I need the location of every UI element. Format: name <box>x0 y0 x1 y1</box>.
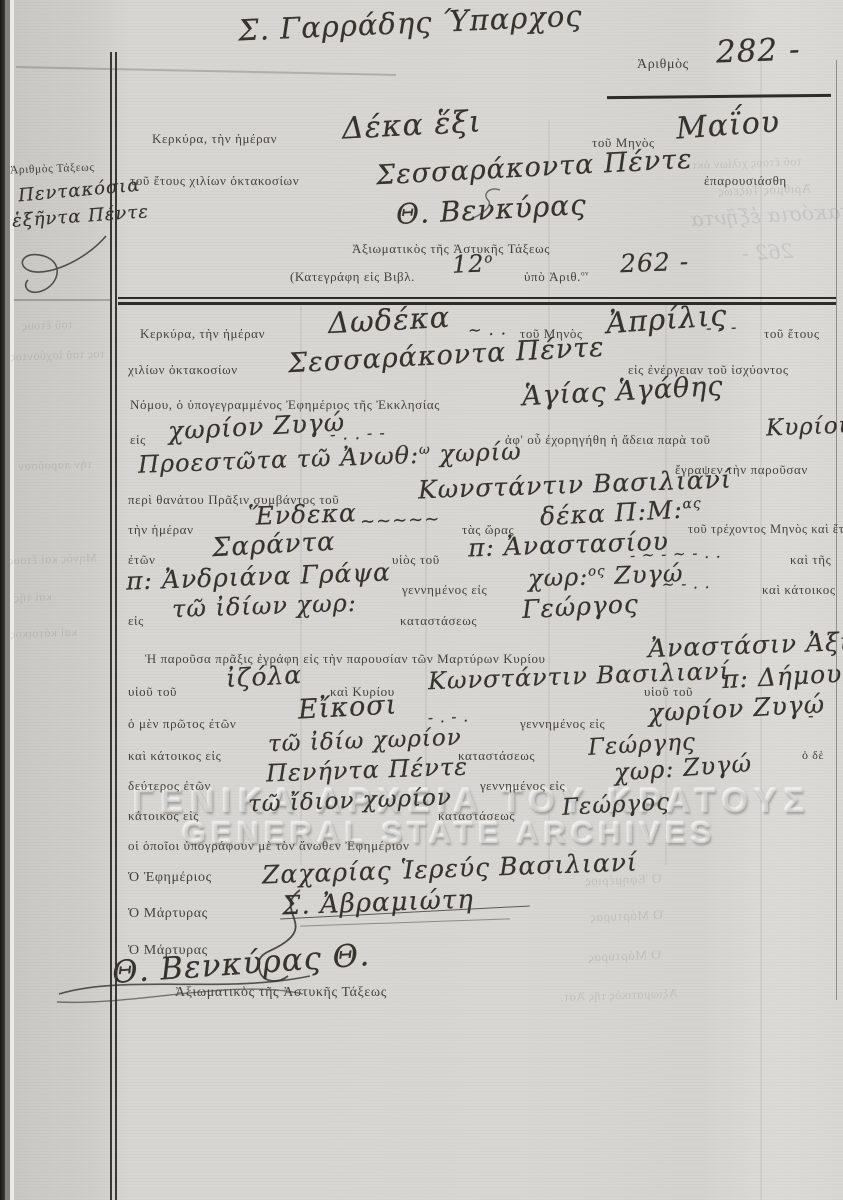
number-label: Ἀριθμὸς <box>637 57 689 73</box>
reg-book-label: (Κατεγράφη εἰς Βιβλ. <box>290 269 415 285</box>
bleedthrough-text: Ὁ Μάρτυρας <box>590 907 664 926</box>
act-second-witness-prefix-label: ὁ δὲ <box>802 748 824 763</box>
reg-year-handwritten: Σεσσαράκοντα Πέντε <box>375 144 693 192</box>
act-place-day-label: Κερκύρα, τὴν ἡμέραν <box>140 326 265 342</box>
act-second-witness-born-label: γεννημένος εἰς <box>480 778 565 794</box>
act-first-witness-resident-label: καὶ κάτοικος εἰς <box>128 748 221 764</box>
bleedthrough-text: Πεντακόσια ἑξῆντα <box>690 197 843 232</box>
margin-taxis-value-1: Πεντακόσια <box>17 175 141 207</box>
act-birth-village-abbr: χωρ: <box>528 563 589 593</box>
margin-flourish <box>14 232 114 312</box>
act-first-witness-age-handwritten: Εἴκοσι <box>297 689 398 725</box>
bleedthrough-text: τὴν παροῦσαν <box>18 457 92 475</box>
bleedthrough-text: Ἀξιωματικὸς τῆς Ἀστ. <box>560 986 678 1005</box>
act-kyriou-handwritten: Κυρίου <box>766 412 843 441</box>
bleedthrough-text: Μηνὸς καὶ ἔτους <box>8 550 97 568</box>
reg-book-number-sup: ο <box>484 251 493 266</box>
act-signing-statement-label: οἱ ὁποῖοι ὑπογράφουν μὲ τὸν ἄνωθεν Ἐφημέ… <box>128 838 409 854</box>
martyras1-label: Ὁ Μάρτυρας <box>128 906 208 922</box>
reg-book-number: 12ο <box>452 249 494 278</box>
bleedthrough-text: τοῦ ἔτους χιλίων ὀκτ. <box>688 154 802 173</box>
fold-crease <box>548 120 550 880</box>
bleedthrough-text: 262 - <box>741 239 793 266</box>
reg-under-number-text: ὑπὸ Ἀριθ. <box>524 269 581 284</box>
act-day-handwritten: Δωδέκα <box>327 300 451 340</box>
act-birth-dashes: - ~ - . . <box>650 574 711 594</box>
act-village-prefix-label: εἰς <box>130 432 146 448</box>
bleedthrough-text: τοῦ ἔτους <box>22 317 73 334</box>
act-and-of-label: καὶ τῆς <box>790 552 831 568</box>
act-village-handwritten: χωρίον Ζυγώ <box>167 407 345 445</box>
act-current-month-label: τοῦ τρέχοντος Μηνὸς καὶ ἔτους <box>688 522 843 537</box>
officer-title: Ἀξιωματικὸς τῆς Ἀστυκῆς Τάξεως <box>175 985 387 1001</box>
reg-under-number-sup: ον <box>581 270 589 278</box>
act-first-witness-born-label: γεννημένος εἰς <box>520 716 605 732</box>
act-first-witness-status-label: καταστάσεως <box>458 748 535 764</box>
act-village-dashes: - . . - - <box>330 423 386 444</box>
top-inscription-handwritten: Σ. Γαρράδης Ύπαρχος <box>237 0 583 47</box>
reg-signature-flourish <box>440 186 510 226</box>
act-age-handwritten: Σαράντα <box>211 527 336 563</box>
act-first-witness-age-label: ὁ μὲν πρῶτος ἐτῶν <box>128 716 236 732</box>
act-first-witness-dashes: - . - . <box>428 707 470 726</box>
bleedthrough-text: καὶ τῆς <box>14 589 52 605</box>
act-residence-handwritten: τῶ ἰδίων χωρ: <box>172 589 358 623</box>
act-year-prefix-label: τοῦ ἔτους <box>764 326 820 342</box>
act-second-witness-resident-label: κάτοικος εἰς <box>128 808 199 824</box>
section-divider-top <box>118 297 836 299</box>
reg-day-handwritten: Δέκα ἕξι <box>341 104 482 146</box>
bleedthrough-text: καὶ κάτοικος <box>10 625 78 642</box>
reg-place-day-label: Κερκύρα, τὴν ἡμέραν <box>152 131 277 147</box>
act-residence-prefix-label: εἰς <box>128 613 144 629</box>
reg-year-label: τοῦ ἔτους χιλίων ὀκτακοσίων <box>130 173 299 189</box>
act-church-name-handwritten: Ἁγίας Ἁγάθης <box>521 371 724 413</box>
act-occupation-handwritten: Γεώργος <box>521 589 639 624</box>
act-witness2-father-handwritten: π: Δήμου <box>721 659 843 694</box>
act-first-witness-end-dash: - <box>808 706 815 725</box>
act-permission-label: ἀφ' οὗ ἐχορηγήθη ἡ ἄδεια παρὰ τοῦ <box>505 432 711 448</box>
act-witness1-son-label: υἱοῦ τοῦ <box>128 684 177 700</box>
top-crease-line <box>16 66 396 75</box>
act-resident-label: καὶ κάτοικος <box>762 582 836 598</box>
margin-taxis-label: Ἀριθμὸς Τάξεως <box>10 162 95 177</box>
act-death-day-label: τὴν ἡμέραν <box>128 522 194 538</box>
act-elder-sup: ω <box>419 442 431 457</box>
reg-under-number-label: ὑπὸ Ἀριθ.ον <box>524 269 589 285</box>
act-witness1-father-handwritten: ἰζόλα <box>225 660 303 693</box>
margin-taxis-value-2: ἑξῆντα Πέντε <box>11 201 149 232</box>
act-born-in-label: γεννημένος εἰς <box>402 582 487 598</box>
bleedthrough-text: τος τοῦ ἰσχύοντος <box>10 346 105 364</box>
act-first-witness-residence-handwritten: τῶ ἰδίω χωρίον <box>268 725 463 758</box>
reg-book-number-value: 12 <box>452 250 486 279</box>
section-divider-bottom <box>118 302 836 305</box>
act-death-day-wave: ~~~~~ <box>360 509 441 533</box>
act-second-witness-status-label: καταστάσεως <box>438 808 515 824</box>
act-elder-text: Προεστῶτα τῶ Ἀνωθ: <box>138 441 420 479</box>
act-year-label: χιλίων ὀκτακοσίων <box>128 362 238 378</box>
reg-entry-number: 262 - <box>620 247 690 278</box>
bleedthrough-text: Ὁ Μάρτυρας <box>588 947 662 966</box>
act-hours-sup: ας <box>682 495 702 512</box>
reg-month-handwritten: Μαΐου <box>675 104 781 146</box>
act-elder-village: χωρίω <box>439 437 522 468</box>
act-birth-village-sup: ος <box>588 564 606 580</box>
act-second-witness-age-label: δεύτερος ἐτῶν <box>128 778 211 794</box>
act-witness1-name-handwritten: Ἀναστάσιν Ἀξίλα <box>648 626 843 663</box>
number-value-handwritten: 282 - <box>715 32 801 71</box>
bleedthrough-text: Ὁ Ἐφημέριος <box>585 871 663 890</box>
act-month-dashes: - - - <box>706 317 738 337</box>
ephimerios-label: Ὁ Ἐφημέριος <box>128 870 212 886</box>
act-death-day-handwritten: Ἕνδεκα <box>248 498 358 531</box>
act-son-of-label: υἱὸς τοῦ <box>392 552 440 568</box>
number-underline <box>607 94 831 99</box>
bleedthrough-text: Ἀριθμὸς Τάξεως <box>718 180 812 199</box>
scanned-document-page: ΓΕΝΙΚΑ ΑΡΧΕΙΑ ΤΟΥ ΚΡΑΤΟΥΣ GENERAL STATE … <box>0 0 843 1200</box>
act-status-label: καταστάσεως <box>400 613 477 629</box>
